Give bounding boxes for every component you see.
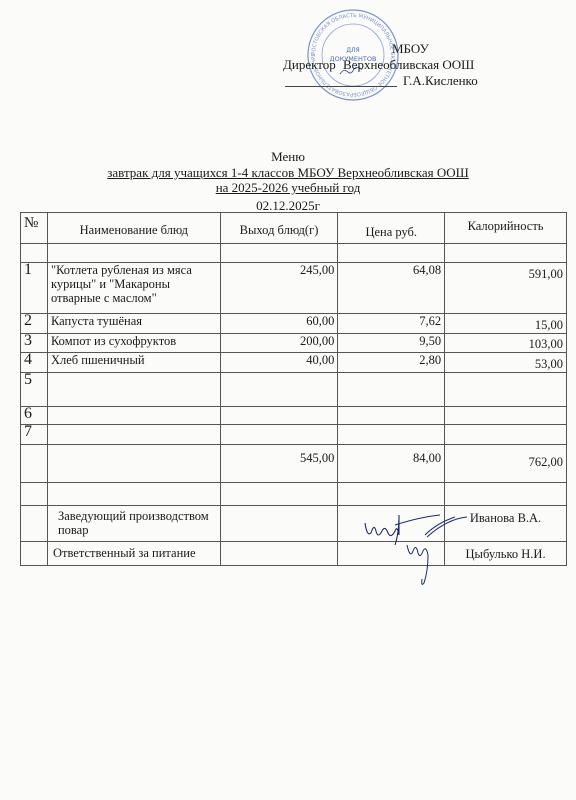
table-row: 3 Компот из сухофруктов 200,00 9,50 103,…: [21, 334, 567, 353]
row-number: 7: [21, 425, 48, 445]
dish-price: 9,50: [338, 334, 445, 353]
table-row: 2 Капуста тушёная 60,00 7,62 15,00: [21, 314, 567, 334]
header-calories: Калорийность: [445, 213, 567, 244]
dish-name: Компот из сухофруктов: [47, 334, 220, 353]
row-number: 1: [21, 263, 48, 314]
table-row: 5: [21, 373, 567, 407]
row-number: 4: [21, 353, 48, 373]
total-calories: 762,00: [445, 445, 567, 483]
dish-name: Хлеб пшеничный: [47, 353, 220, 373]
handwritten-signature-icon: [355, 505, 485, 585]
table-row: 1 "Котлета рубленая из мяса курицы" и "М…: [21, 263, 567, 314]
signature-role: Ответственный за питание: [47, 542, 220, 566]
dish-weight: 200,00: [220, 334, 338, 353]
header-weight: Выход блюд(г): [220, 213, 338, 244]
totals-row: 545,00 84,00 762,00: [21, 445, 567, 483]
table-header-row: № Наименование блюд Выход блюд(г) Цена р…: [21, 213, 567, 244]
menu-school-year: на 2025-2026 учебный год: [216, 180, 361, 195]
dish-calories: 591,00: [445, 263, 567, 314]
director-label: Директор: [283, 58, 336, 72]
table-row-empty: [21, 483, 567, 506]
org-name-line2: Верхнеобливская ООШ: [343, 58, 474, 72]
director-name: Г.А.Кисленко: [403, 74, 478, 88]
org-name-line1: МБОУ: [392, 42, 429, 56]
row-number: 5: [21, 373, 48, 407]
row-number: 6: [21, 407, 48, 425]
dish-weight: 40,00: [220, 353, 338, 373]
svg-text:ДЛЯ: ДЛЯ: [346, 47, 359, 54]
director-signature-line: [285, 86, 397, 87]
table-row: 6: [21, 407, 567, 425]
dish-price: 64,08: [338, 263, 445, 314]
table-row-empty: [21, 244, 567, 263]
menu-date: 02.12.2025г: [0, 198, 576, 213]
table-row: 4 Хлеб пшеничный 40,00 2,80 53,00: [21, 353, 567, 373]
total-price: 84,00: [338, 445, 445, 483]
dish-price: 2,80: [338, 353, 445, 373]
dish-weight: 60,00: [220, 314, 338, 334]
table-row: 7: [21, 425, 567, 445]
menu-heading: Меню: [0, 149, 576, 164]
total-weight: 545,00: [220, 445, 338, 483]
dish-calories: 53,00: [445, 353, 567, 373]
official-stamp: РОСТОВСКАЯ ОБЛАСТЬ МУНИЦИПАЛЬНОЕ БЮДЖЕТН…: [306, 8, 400, 102]
dish-price: 7,62: [338, 314, 445, 334]
row-number: 2: [21, 314, 48, 334]
dish-calories: 103,00: [445, 334, 567, 353]
row-number: 3: [21, 334, 48, 353]
dish-name: Капуста тушёная: [47, 314, 220, 334]
header-number: №: [21, 213, 48, 244]
signature-role: Заведующий производством повар: [47, 506, 220, 542]
dish-calories: 15,00: [445, 314, 567, 334]
dish-weight: 245,00: [220, 263, 338, 314]
dish-name: "Котлета рубленая из мяса курицы" и "Мак…: [47, 263, 220, 314]
header-price: Цена руб.: [338, 213, 445, 244]
header-dish-name: Наименование блюд: [47, 213, 220, 244]
menu-subtitle: завтрак для учащихся 1-4 классов МБОУ Ве…: [107, 165, 469, 180]
